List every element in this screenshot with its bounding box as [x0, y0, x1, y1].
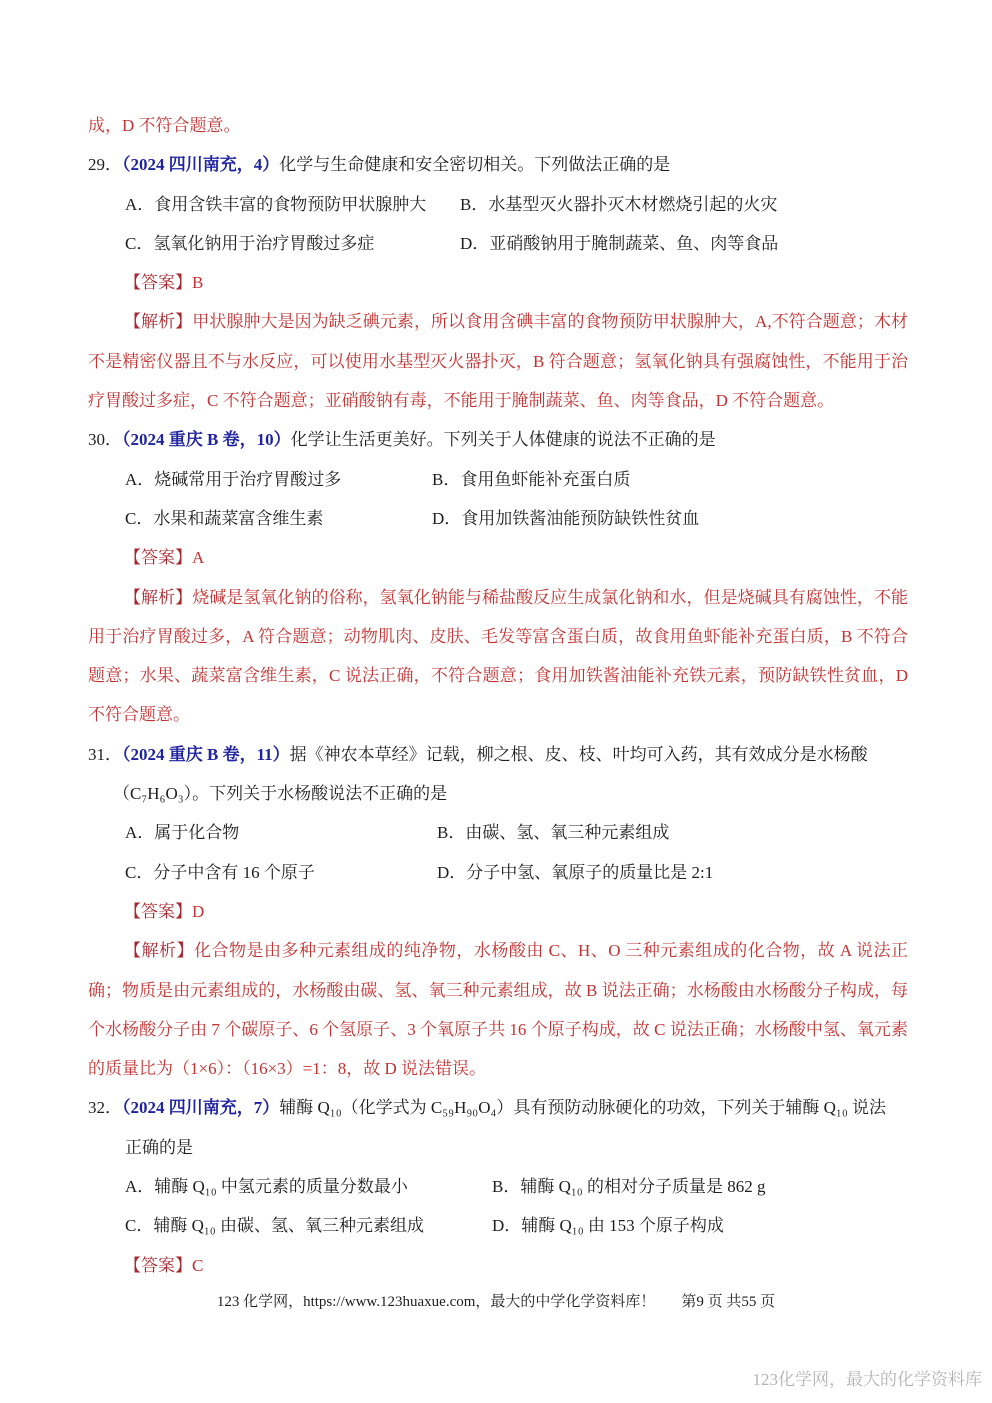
- analysis-continuation: 成，D 不符合题意。: [88, 106, 908, 145]
- option-a: A．烧碱常用于治疗胃酸过多: [125, 460, 432, 499]
- answer-label: 【答案】: [124, 273, 192, 292]
- watermark: 123化学网，最大的化学资料库: [753, 1370, 983, 1390]
- option-b: B．水基型灭火器扑灭木材燃烧引起的火灾: [460, 185, 777, 224]
- question-29-answer: 【答案】B: [88, 263, 908, 302]
- option-text: 辅酶 Q₁₀ 由 153 个原子构成: [521, 1216, 724, 1235]
- option-label: A．: [125, 195, 154, 214]
- footer-site-info: 123 化学网，https://www.123huaxue.com，最大的中学化…: [217, 1292, 656, 1312]
- option-label: C．: [125, 234, 153, 253]
- question-29-options-row-2: C．氢氧化钠用于治疗胃酸过多症 D．亚硝酸钠用于腌制蔬菜、鱼、肉等食品: [88, 224, 908, 263]
- question-32-stem: 32．（2024 四川南充，7）辅酶 Q₁₀（化学式为 C₅₉H₉₀O₄）具有预…: [88, 1088, 908, 1127]
- question-number: 31．: [88, 745, 122, 764]
- answer-label: 【答案】: [124, 902, 192, 921]
- question-source: （2024 四川南充，7）: [122, 1098, 279, 1117]
- question-number: 32．: [88, 1098, 122, 1117]
- option-label: C．: [125, 1216, 153, 1235]
- question-31-stem-line2: （C₇H₆O₃）。下列关于水杨酸说法不正确的是: [88, 774, 908, 813]
- option-text: 辅酶 Q₁₀ 的相对分子质量是 862 g: [520, 1177, 765, 1196]
- question-31-options-row-2: C．分子中含有 16 个原子 D．分子中氢、氧原子的质量比是 2:1: [88, 853, 908, 892]
- option-label: C．: [125, 863, 153, 882]
- option-text: 食用加铁酱油能预防缺铁性贫血: [461, 509, 699, 528]
- question-32-options-row-1: A．辅酶 Q₁₀ 中氢元素的质量分数最小 B．辅酶 Q₁₀ 的相对分子质量是 8…: [88, 1167, 908, 1206]
- option-label: D．: [492, 1216, 521, 1235]
- option-text: 烧碱常用于治疗胃酸过多: [154, 470, 341, 489]
- analysis-text: 化合物是由多种元素组成的纯净物，水杨酸由 C、H、O 三种元素组成的化合物，故 …: [88, 941, 908, 1078]
- option-text: 氢氧化钠用于治疗胃酸过多症: [153, 234, 374, 253]
- option-label: D．: [460, 234, 489, 253]
- analysis-label: 【解析】: [124, 312, 192, 331]
- option-label: D．: [437, 863, 466, 882]
- option-label: A．: [125, 470, 154, 489]
- option-label: A．: [125, 1177, 154, 1196]
- option-b: B．由碳、氢、氧三种元素组成: [437, 813, 669, 852]
- option-d: D．分子中氢、氧原子的质量比是 2:1: [437, 853, 713, 892]
- question-31-analysis: 【解析】化合物是由多种元素组成的纯净物，水杨酸由 C、H、O 三种元素组成的化合…: [88, 931, 908, 1088]
- option-label: B．: [460, 195, 488, 214]
- question-31-answer: 【答案】D: [88, 892, 908, 931]
- analysis-label: 【解析】: [124, 588, 192, 607]
- option-c: C．氢氧化钠用于治疗胃酸过多症: [125, 224, 460, 263]
- option-text: 属于化合物: [154, 823, 239, 842]
- option-a: A．辅酶 Q₁₀ 中氢元素的质量分数最小: [125, 1167, 492, 1206]
- option-c: C．辅酶 Q₁₀ 由碳、氢、氧三种元素组成: [125, 1206, 492, 1245]
- option-label: C．: [125, 509, 153, 528]
- question-30-analysis: 【解析】烧碱是氢氧化钠的俗称，氢氧化钠能与稀盐酸反应生成氯化钠和水，但是烧碱具有…: [88, 578, 908, 735]
- question-30-options-row-1: A．烧碱常用于治疗胃酸过多 B．食用鱼虾能补充蛋白质: [88, 460, 908, 499]
- option-text: 分子中含有 16 个原子: [153, 863, 315, 882]
- question-source: （2024 重庆 B 卷，10）: [122, 430, 291, 449]
- question-text: 化学与生命健康和安全密切相关。下列做法正确的是: [279, 155, 670, 174]
- analysis-label: 【解析】: [124, 941, 194, 960]
- answer-label: 【答案】: [124, 548, 192, 567]
- option-text: 水果和蔬菜富含维生素: [153, 509, 323, 528]
- option-text: 食用鱼虾能补充蛋白质: [460, 470, 630, 489]
- page-content: 成，D 不符合题意。 29．（2024 四川南充，4）化学与生命健康和安全密切相…: [88, 106, 908, 1285]
- option-d: D．辅酶 Q₁₀ 由 153 个原子构成: [492, 1206, 724, 1245]
- question-30-answer: 【答案】A: [88, 538, 908, 577]
- question-number: 30．: [88, 430, 122, 449]
- option-label: B．: [492, 1177, 520, 1196]
- analysis-text: 甲状腺肿大是因为缺乏碘元素，所以食用含碘丰富的食物预防甲状腺肿大，A,不符合题意…: [88, 312, 908, 410]
- question-32-stem-line2: 正确的是: [88, 1128, 908, 1167]
- answer-value: D: [192, 902, 204, 921]
- option-label: D．: [432, 509, 461, 528]
- question-source: （2024 重庆 B 卷，11）: [122, 745, 290, 764]
- question-30-stem: 30．（2024 重庆 B 卷，10）化学让生活更美好。下列关于人体健康的说法不…: [88, 420, 908, 459]
- exam-document-page: 成，D 不符合题意。 29．（2024 四川南充，4）化学与生命健康和安全密切相…: [0, 0, 992, 1403]
- option-label: B．: [437, 823, 465, 842]
- option-text: 食用含铁丰富的食物预防甲状腺肿大: [154, 195, 426, 214]
- option-text: 由碳、氢、氧三种元素组成: [465, 823, 669, 842]
- answer-value: B: [192, 273, 203, 292]
- question-32-answer: 【答案】C: [88, 1246, 908, 1285]
- question-29-stem: 29．（2024 四川南充，4）化学与生命健康和安全密切相关。下列做法正确的是: [88, 145, 908, 184]
- option-text: 辅酶 Q₁₀ 由碳、氢、氧三种元素组成: [153, 1216, 424, 1235]
- option-a: A．属于化合物: [125, 813, 437, 852]
- question-30-options-row-2: C．水果和蔬菜富含维生素 D．食用加铁酱油能预防缺铁性贫血: [88, 499, 908, 538]
- question-32-options-row-2: C．辅酶 Q₁₀ 由碳、氢、氧三种元素组成 D．辅酶 Q₁₀ 由 153 个原子…: [88, 1206, 908, 1245]
- option-d: D．食用加铁酱油能预防缺铁性贫血: [432, 499, 699, 538]
- option-text: 亚硝酸钠用于腌制蔬菜、鱼、肉等食品: [489, 234, 778, 253]
- option-d: D．亚硝酸钠用于腌制蔬菜、鱼、肉等食品: [460, 224, 778, 263]
- option-c: C．分子中含有 16 个原子: [125, 853, 437, 892]
- answer-value: C: [192, 1256, 203, 1275]
- option-label: A．: [125, 823, 154, 842]
- option-b: B．食用鱼虾能补充蛋白质: [432, 460, 630, 499]
- question-29-analysis: 【解析】甲状腺肿大是因为缺乏碘元素，所以食用含碘丰富的食物预防甲状腺肿大，A,不…: [88, 302, 908, 420]
- question-31-options-row-1: A．属于化合物 B．由碳、氢、氧三种元素组成: [88, 813, 908, 852]
- question-text: 化学让生活更美好。下列关于人体健康的说法不正确的是: [291, 430, 716, 449]
- question-number: 29．: [88, 155, 122, 174]
- answer-label: 【答案】: [124, 1256, 192, 1275]
- question-29-options-row-1: A．食用含铁丰富的食物预防甲状腺肿大 B．水基型灭火器扑灭木材燃烧引起的火灾: [88, 185, 908, 224]
- option-label: B．: [432, 470, 460, 489]
- analysis-text: 烧碱是氢氧化钠的俗称，氢氧化钠能与稀盐酸反应生成氯化钠和水，但是烧碱具有腐蚀性，…: [88, 588, 908, 725]
- question-text: 辅酶 Q₁₀（化学式为 C₅₉H₉₀O₄）具有预防动脉硬化的功效，下列关于辅酶 …: [279, 1098, 886, 1117]
- option-b: B．辅酶 Q₁₀ 的相对分子质量是 862 g: [492, 1167, 765, 1206]
- question-source: （2024 四川南充，4）: [122, 155, 279, 174]
- option-text: 水基型灭火器扑灭木材燃烧引起的火灾: [488, 195, 777, 214]
- footer-page-number: 第9 页 共55 页: [681, 1292, 775, 1312]
- question-text: 据《神农本草经》记载，柳之根、皮、枝、叶均可入药，其有效成分是水杨酸: [290, 745, 868, 764]
- option-a: A．食用含铁丰富的食物预防甲状腺肿大: [125, 185, 460, 224]
- option-text: 辅酶 Q₁₀ 中氢元素的质量分数最小: [154, 1177, 408, 1196]
- option-text: 分子中氢、氧原子的质量比是 2:1: [466, 863, 713, 882]
- option-c: C．水果和蔬菜富含维生素: [125, 499, 432, 538]
- page-footer: 123 化学网，https://www.123huaxue.com，最大的中学化…: [0, 1292, 992, 1312]
- question-31-stem: 31．（2024 重庆 B 卷，11）据《神农本草经》记载，柳之根、皮、枝、叶均…: [88, 735, 908, 774]
- answer-value: A: [192, 548, 204, 567]
